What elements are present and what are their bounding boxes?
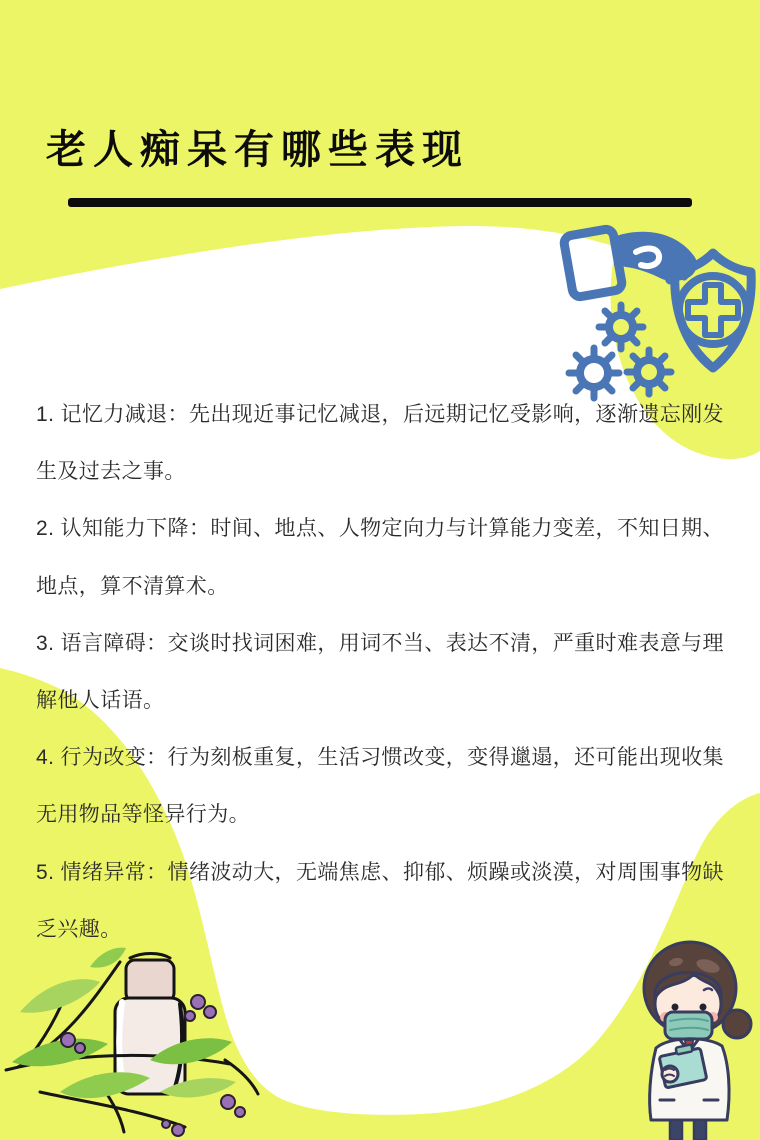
medical-cross-icon-part [688, 285, 738, 335]
health-poster: 老人痴呆有哪些表现 1. 记忆力减退：先出 [0, 0, 760, 1140]
list-item-line: 乏兴趣。 [36, 901, 736, 958]
list-item-line: 地点，算不清算术。 [36, 558, 736, 615]
sleeve-icon-part [563, 228, 623, 298]
title-underline [68, 198, 692, 207]
list-item-line: 4. 行为改变：行为刻板重复，生活习惯改变，变得邋遢，还可能出现收集 [36, 729, 736, 786]
symptom-list: 1. 记忆力减退：先出现近事记忆减退，后远期记忆受影响，逐渐遗忘刚发 生及过去之… [36, 386, 736, 958]
virus-icon-part [569, 305, 671, 398]
list-item-line: 3. 语言障碍：交谈时找词困难，用词不当、表达不清，严重时难表意与理 [36, 615, 736, 672]
mask-icon-part [665, 1012, 712, 1039]
list-item-line: 1. 记忆力减退：先出现近事记忆减退，后远期记忆受影响，逐渐遗忘刚发 [36, 386, 736, 443]
legs-icon-part [670, 1120, 682, 1140]
hand-shield-cross-icon [552, 222, 760, 408]
list-item-line: 2. 认知能力下降：时间、地点、人物定向力与计算能力变差，不知日期、 [36, 500, 736, 557]
list-item-line: 无用物品等怪异行为。 [36, 786, 736, 843]
herbs-bottle-illustration [0, 942, 262, 1140]
list-item-line: 解他人话语。 [36, 672, 736, 729]
page-title: 老人痴呆有哪些表现 [46, 126, 469, 174]
list-item-line: 5. 情绪异常：情绪波动大，无端焦虑、抑郁、烦躁或淡漠，对周围事物缺 [36, 844, 736, 901]
doctor-illustration [618, 940, 760, 1140]
list-item-line: 生及过去之事。 [36, 443, 736, 500]
